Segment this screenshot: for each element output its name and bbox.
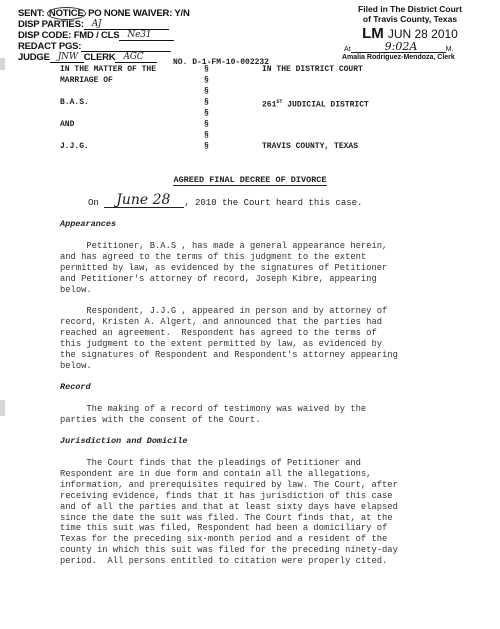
section-heading-jurisdiction: Jurisdiction and Domicile <box>60 436 188 446</box>
filed-time: At9:02AM. <box>330 43 490 53</box>
paragraph-record: The making of a record of testimony was … <box>60 404 500 426</box>
filed-stamp: Filed in The District Court of Travis Co… <box>330 4 490 62</box>
filed-clerk: Amalia Rodriguez-Mendoza, Clerk <box>330 53 490 62</box>
section-heading-record: Record <box>60 382 91 392</box>
filed-date: LMJUN 28 2010 <box>330 27 490 41</box>
judge-handwritten: JNW <box>58 52 78 63</box>
section-heading-appearances: Appearances <box>60 219 116 229</box>
document-title: AGREED FINAL DECREE OF DIVORCE <box>0 175 500 185</box>
paragraph-petitioner: Petitioner, B.A.S , has made a general a… <box>60 241 500 296</box>
docket-stamp: SENT: NOTICE PO NONE WAIVER: Y/N DISP PA… <box>18 8 190 63</box>
petitioner-initials: B.A.S. <box>60 97 89 108</box>
paragraph-jurisdiction: The Court finds that the pleadings of Pe… <box>60 458 500 567</box>
respondent-initials: J.J.G. <box>60 141 89 152</box>
scan-margin-mark <box>0 400 5 416</box>
judge-clerk-row: JUDGEJNWCLERKAGC <box>18 52 190 63</box>
paragraph-respondent: Respondent, J.J.G , appeared in person a… <box>60 306 500 371</box>
redact-pgs-row: REDACT PGS: <box>18 41 190 52</box>
case-caption: IN THE MATTER OF THE§IN THE DISTRICT COU… <box>0 64 500 164</box>
disp-parties-handwritten: AJ <box>92 19 102 30</box>
sent-row: SENT: NOTICE PO NONE WAIVER: Y/N <box>18 8 190 19</box>
disp-code-handwritten: Ne31 <box>127 30 151 41</box>
hearing-date-line: On June 28, 2010 the Court heard this ca… <box>88 197 362 208</box>
hearing-date-handwritten: June 28 <box>116 192 170 208</box>
disp-parties-row: DISP PARTIES:AJ <box>18 19 190 30</box>
clerk-handwritten: AGC <box>123 52 143 63</box>
disp-code-row: DISP CODE: FMD / CLSNe31 <box>18 30 190 41</box>
